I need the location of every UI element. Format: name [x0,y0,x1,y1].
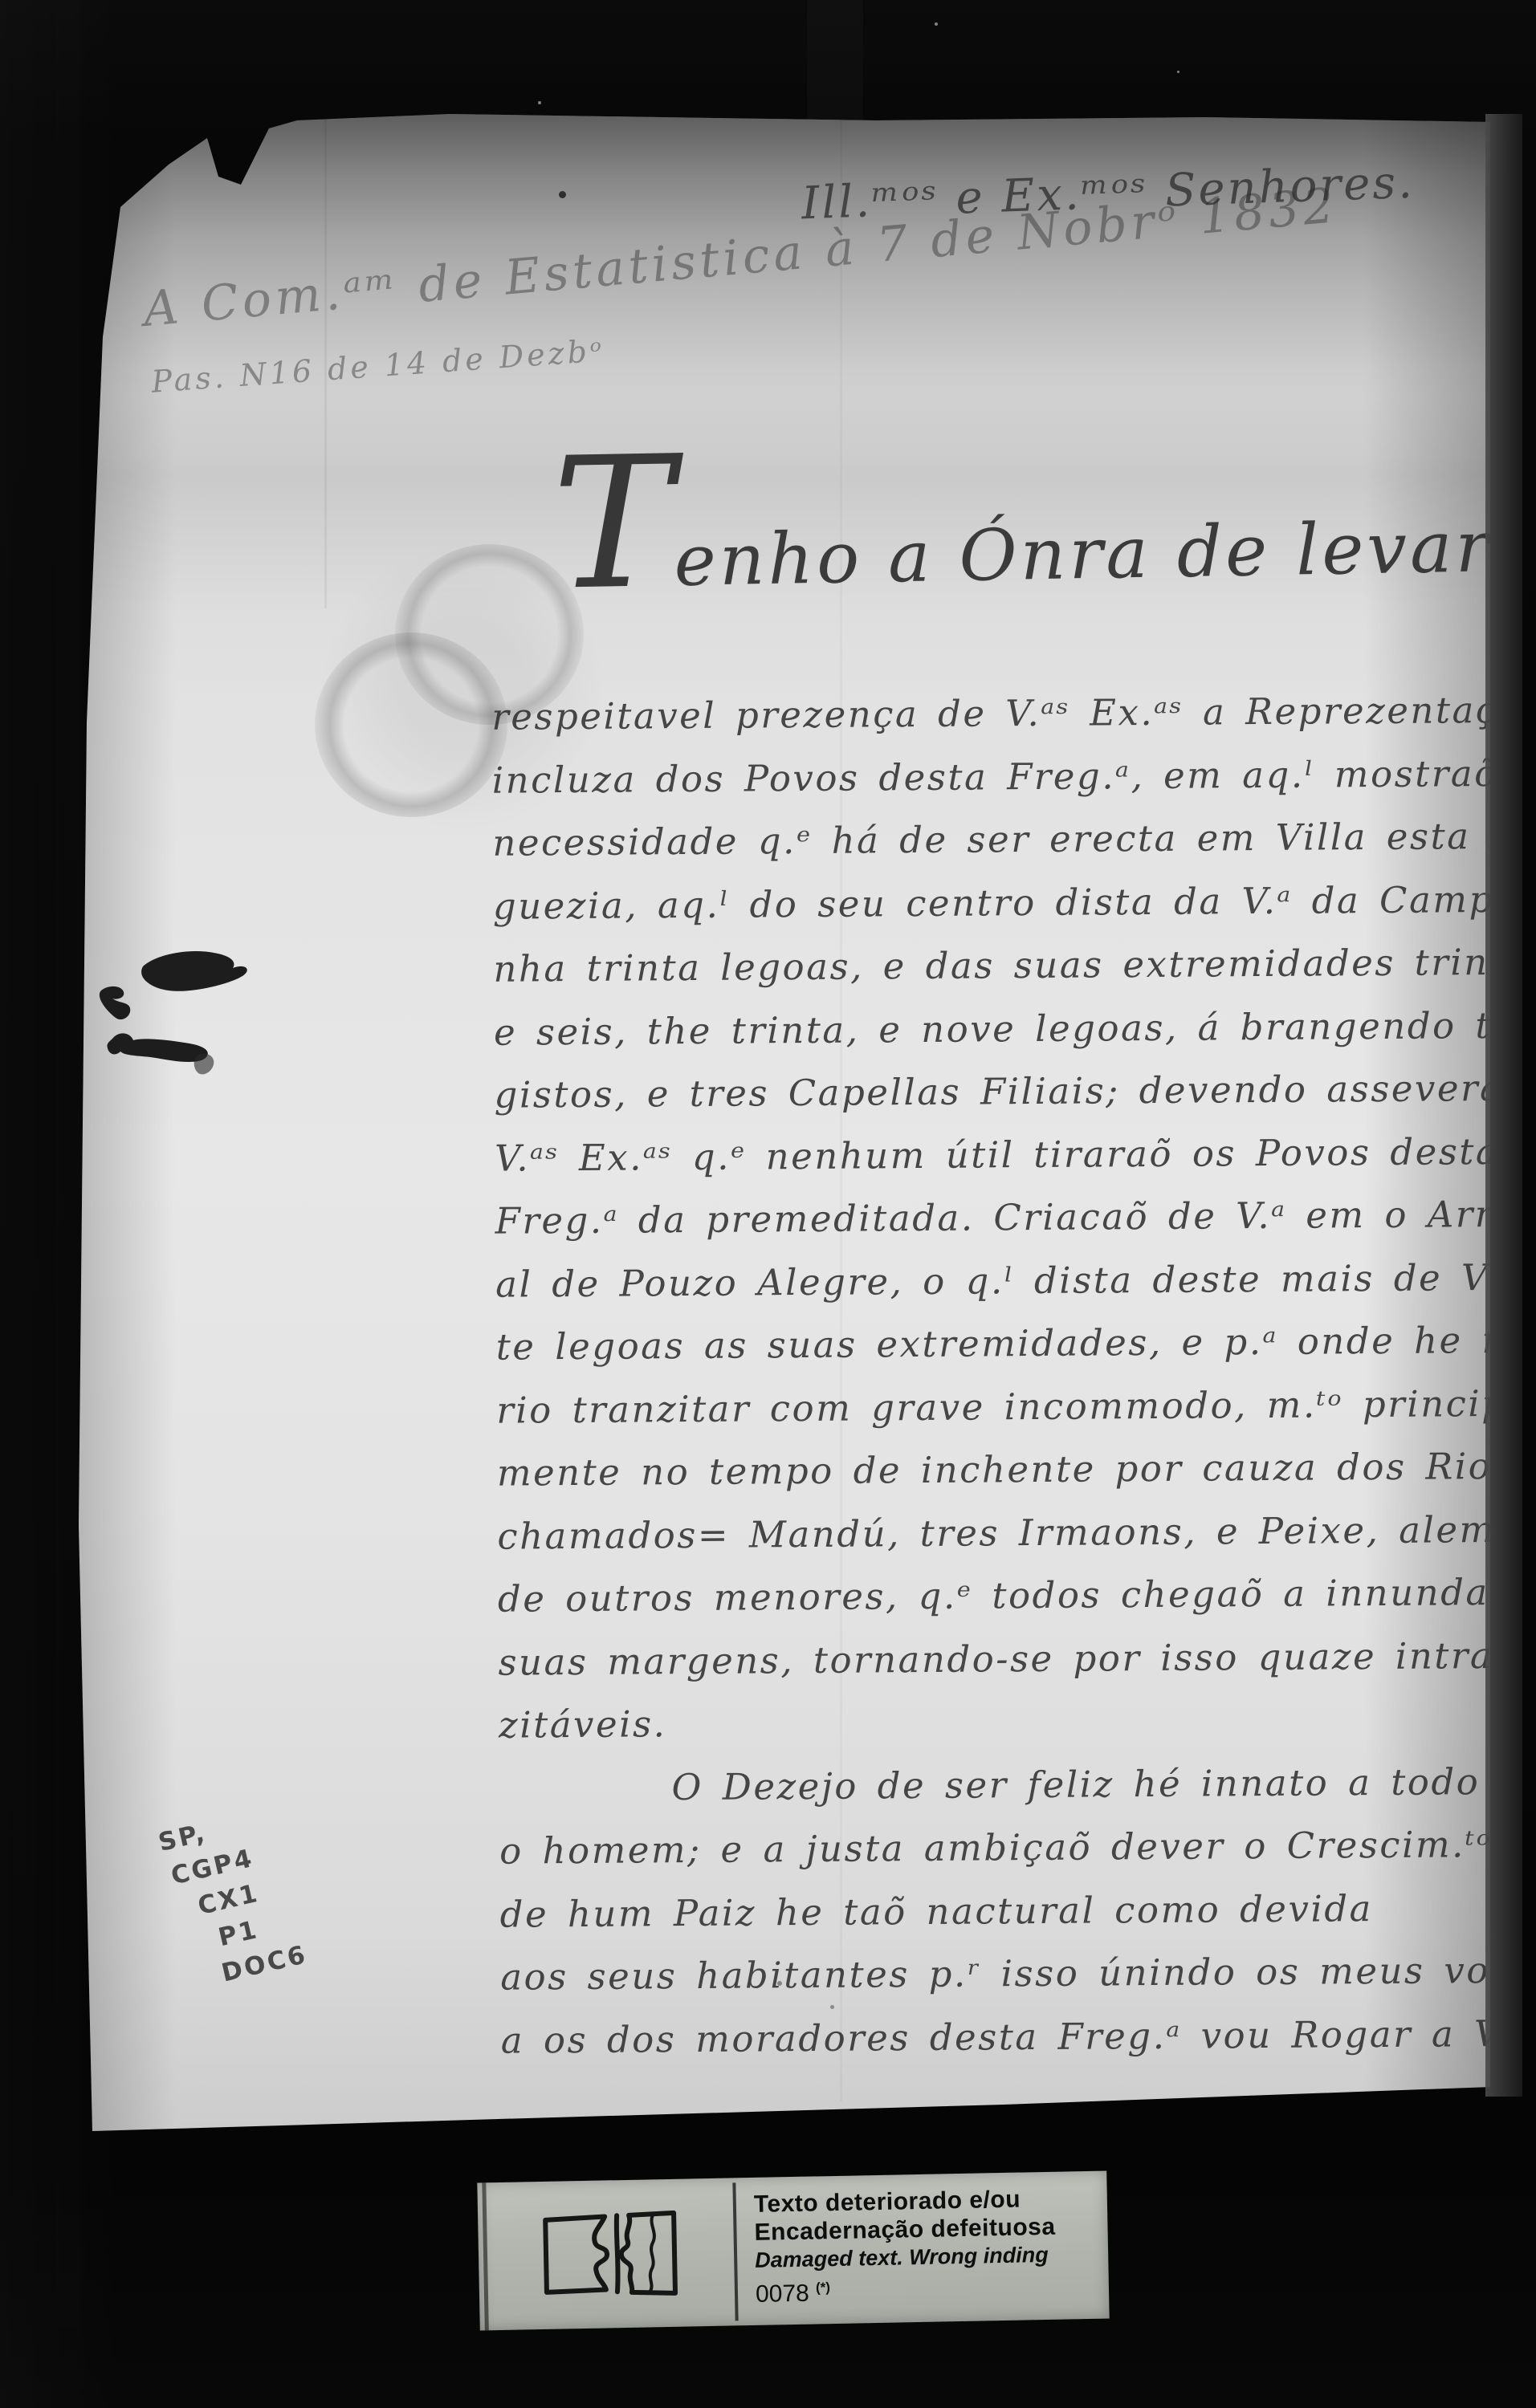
stamp-number-note: (*) [816,2280,830,2295]
manuscript-line: necessidade q.ᵉ há de ser erecta em Vill… [492,804,1536,875]
dust-speck [1177,71,1180,73]
manuscript-line: de hum Paiz he taõ nactural como devida [499,1876,1536,1946]
manuscript-line: de outros menores, q.ᵉ todos chegaõ a in… [498,1560,1536,1631]
opening-line: Tenho a Ónra de levar a= [551,416,1536,616]
stamp-text: Texto deteriorado e/ou Encadernação defe… [754,2185,1057,2308]
manuscript-line: nha trinta legoas, e das suas extremidad… [493,930,1536,1001]
binding-gutter-shadow [1485,114,1522,2097]
film-streak [807,0,863,120]
damaged-book-icon [536,2205,686,2308]
manuscript-line: o homem; e a justa ambiçaõ dever o Cresc… [499,1812,1536,1883]
archive-condition-stamp: Texto deteriorado e/ou Encadernação defe… [477,2170,1109,2330]
archival-reference-code: SP, CGP4 CX1 P1 DOC6 [152,1800,311,1999]
manuscript-page: Ill.ᵐᵒˢ e Ex.ᵐᵒˢ Senhores. A Com.ᵃᵐ de E… [77,111,1490,2131]
manuscript-line: suas margens, tornando-se por isso quaze… [498,1624,1536,1694]
opening-initial: T [551,433,675,616]
ink-blot [95,920,312,1104]
manuscript-line: incluza dos Povos desta Freg.ᵃ, em aq.ˡ … [492,742,1536,812]
archival-annotation-date: A Com.ᵃᵐ de Estatistica à 7 de Nobrᵒ 183… [141,177,1340,338]
manuscript-line: O Dezejo de ser feliz hé innato a todo [499,1750,1536,1820]
manuscript-line: rio tranzitar com grave incommodo, m.ᵗᵒ … [496,1372,1536,1442]
manuscript-line: aos seus habitantes p.ʳ isso únindo os m… [500,1938,1536,2009]
manuscript-line: mente no tempo de inchente por cauza dos… [497,1434,1536,1505]
archival-annotation-ref: Pas. N16 de 14 de Dezbᵒ [150,332,606,399]
stain-ring [315,633,507,817]
manuscript-line: e seis, the trinta, e nove legoas, á bra… [494,994,1536,1064]
manuscript-line: chamados= Mandú, tres Irmaons, e Peixe, … [497,1498,1536,1568]
manuscript-line: gistos, e tres Capellas Filiais; devendo… [494,1056,1536,1127]
manuscript-line: te legoas as suas extremidades, e p.ᵃ on… [495,1308,1536,1379]
stamp-number-row: 0078 (*) [756,2269,1057,2308]
ink-dot [559,191,566,198]
manuscript-body: respeitavel prezença de V.ᵃˢ Ex.ᵃˢ a Rep… [491,678,1536,2072]
stamp-divider [732,2182,738,2321]
dust-speck [935,22,938,26]
microfilm-scan: Ill.ᵐᵒˢ e Ex.ᵐᵒˢ Senhores. A Com.ᵃᵐ de E… [0,0,1536,2408]
manuscript-line: respeitavel prezença de V.ᵃˢ Ex.ᵃˢ a Rep… [491,678,1536,749]
stamp-edge-line [482,2182,489,2330]
manuscript-line: guezia, aq.ˡ do seu centro dista da V.ᵃ … [493,868,1536,938]
stamp-number: 0078 [756,2280,809,2308]
opening-rest: enho a Ónra de levar a= [674,502,1536,602]
manuscript-line: a os dos moradores desta Freg.ᵃ vou Roga… [500,2002,1536,2072]
manuscript-line: Freg.ᵃ da premeditada. Criacaõ de V.ᵃ em… [495,1182,1536,1253]
dust-speck [538,101,541,104]
manuscript-line: al de Pouzo Alegre, o q.ˡ dista deste ma… [495,1246,1536,1316]
manuscript-line: zitáveis. [499,1686,1536,1757]
stamp-line-en: Damaged text. Wrong inding [755,2241,1057,2275]
film-streak [56,0,80,2328]
manuscript-line: V.ᵃˢ Ex.ᵃˢ q.ᵉ nenhum útil tiraraõ os Po… [495,1120,1536,1190]
